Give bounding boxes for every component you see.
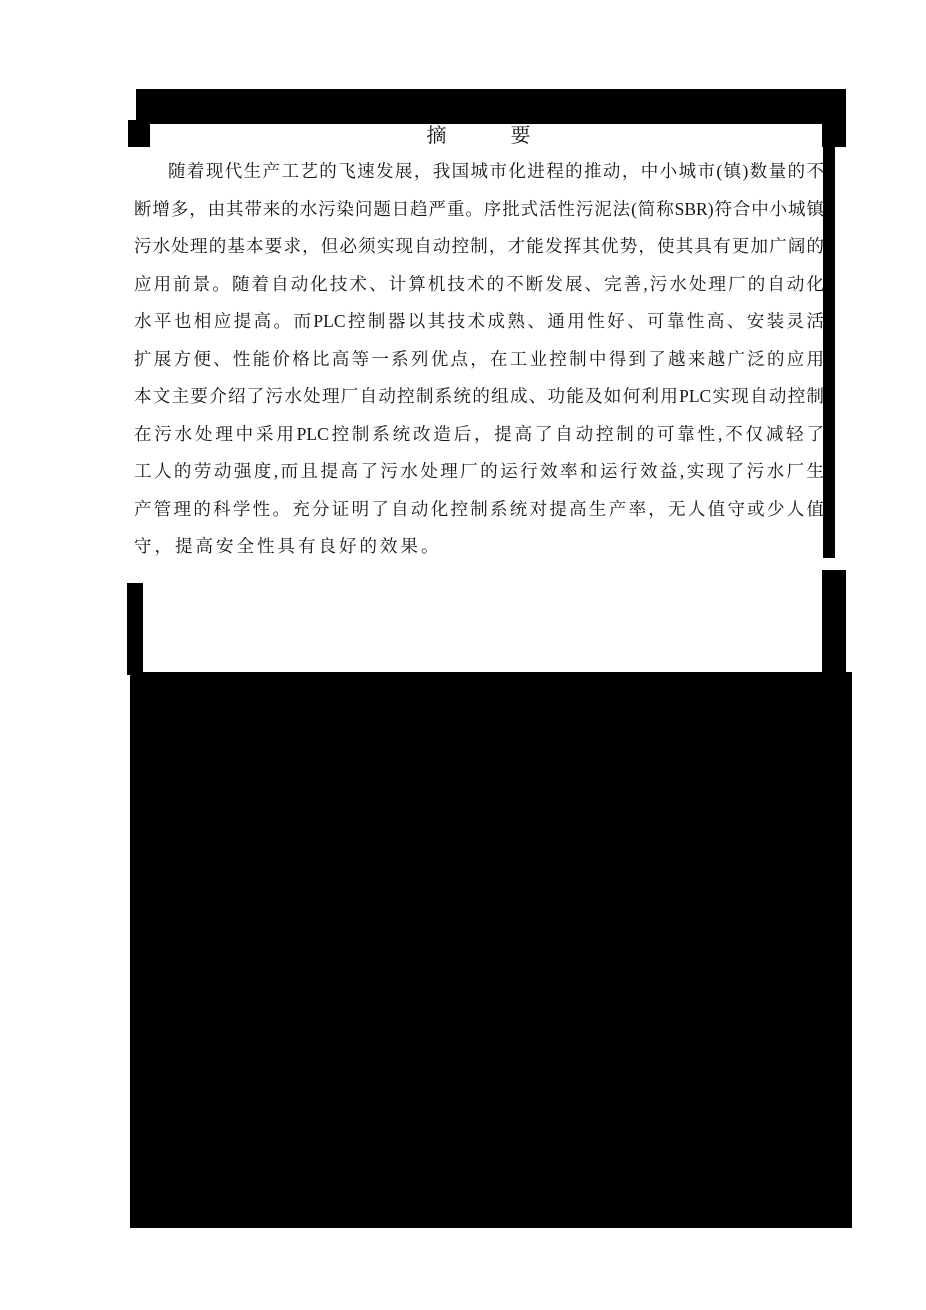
- scan-border-right-column: [822, 570, 846, 675]
- abstract-line: 随着现代生产工艺的飞速发展，我国城市化进程的推动，中小城市(镇)数量的不: [134, 153, 824, 191]
- page-title: 摘 要: [134, 121, 824, 151]
- scan-border-left-column: [127, 583, 143, 675]
- scan-border-right-line: [823, 147, 835, 558]
- abstract-line: 本文主要介绍了污水处理厂自动控制系统的组成、功能及如何利用PLC实现自动控制: [134, 378, 824, 416]
- abstract-line: 断增多，由其带来的水污染问题日趋严重。序批式活性污泥法(简称SBR)符合中小城镇: [134, 191, 824, 229]
- abstract-line: 在污水处理中采用PLC控制系统改造后，提高了自动控制的可靠性,不仅减轻了: [134, 416, 824, 454]
- abstract-line: 守，提高安全性具有良好的效果。: [134, 528, 824, 566]
- scan-border-right-tab: [822, 120, 846, 147]
- abstract-paragraph: 随着现代生产工艺的飞速发展，我国城市化进程的推动，中小城市(镇)数量的不断增多，…: [134, 153, 824, 566]
- abstract-line: 应用前景。随着自动化技术、计算机技术的不断发展、完善,污水处理厂的自动化: [134, 266, 824, 304]
- abstract-line: 扩展方便、性能价格比高等一系列优点，在工业控制中得到了越来越广泛的应用: [134, 341, 824, 379]
- scanned-abstract-page: 摘 要 随着现代生产工艺的飞速发展，我国城市化进程的推动，中小城市(镇)数量的不…: [0, 0, 926, 1310]
- scan-border-bottom-block: [130, 672, 852, 1228]
- abstract-line: 水平也相应提高。而PLC控制器以其技术成熟、通用性好、可靠性高、安装灵活: [134, 303, 824, 341]
- abstract-line: 污水处理的基本要求，但必须实现自动控制，才能发挥其优势，使其具有更加广阔的: [134, 228, 824, 266]
- scan-border-top-band: [136, 89, 846, 124]
- abstract-line: 产管理的科学性。充分证明了自动化控制系统对提高生产率，无人值守或少人值: [134, 491, 824, 529]
- abstract-line: 工人的劳动强度,而且提高了污水处理厂的运行效率和运行效益,实现了污水厂生: [134, 453, 824, 491]
